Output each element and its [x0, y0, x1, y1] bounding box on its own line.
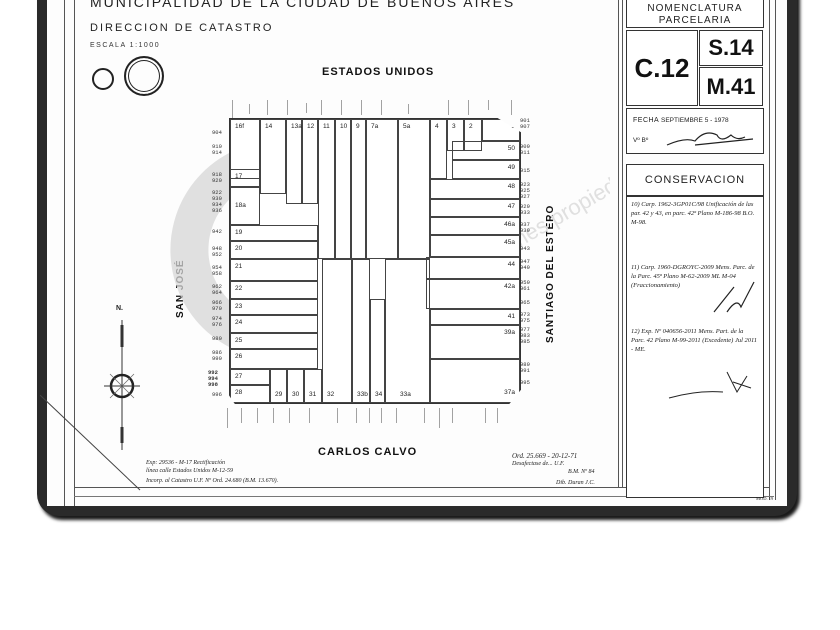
entry-id: 10): [631, 201, 640, 208]
lot-number: 11: [323, 123, 330, 130]
lot-number: 44: [508, 261, 515, 268]
lot[interactable]: 21: [230, 259, 318, 281]
conservacion-entry: 10) Carp. 1962-3GP01C/98 Unificación de …: [631, 200, 759, 227]
lot[interactable]: 5a: [398, 119, 430, 259]
lot-number: 30: [292, 391, 299, 398]
door-number: 977 983 985: [520, 327, 532, 345]
fecha-label: FECHA: [633, 117, 659, 124]
lot[interactable]: 42a: [426, 279, 520, 309]
lot[interactable]: 39a: [430, 325, 520, 359]
signature-icon: [665, 127, 755, 149]
lot[interactable]: 13a: [286, 119, 302, 204]
lot[interactable]: 24: [230, 315, 318, 333]
lot-number: 2: [469, 123, 473, 130]
door-number: 915: [520, 168, 530, 174]
lot-number: 32: [327, 391, 334, 398]
lot-number: 13a: [291, 123, 302, 130]
stamp-circle-large: [124, 56, 164, 96]
lot[interactable]: 26: [230, 349, 318, 369]
lot-number: 33b: [357, 391, 368, 398]
lot-number: 9: [356, 123, 360, 130]
department-title: DIRECCION DE CATASTRO: [90, 22, 273, 34]
street-east: SANTIAGO DEL ESTERO: [545, 205, 556, 343]
lot[interactable]: 20: [230, 241, 318, 259]
door-number: 995: [520, 380, 530, 386]
seccion-box: S.14: [699, 30, 763, 66]
panel-divider: [622, 0, 623, 488]
lot[interactable]: 48: [430, 179, 520, 199]
fecha-value: SEPTIEMBRE 5 - 1978: [661, 117, 729, 124]
lot-number: 18a: [235, 202, 246, 209]
entry-text: Carp. 1962-3GP01C/98 Unificación de las …: [631, 201, 754, 226]
lot[interactable]: 34: [370, 299, 385, 403]
right-note-line1: Ord. 25.669 - 20-12-71: [512, 452, 577, 460]
nomenclatura-title: NOMENCLATURA PARCELARIA: [627, 0, 763, 27]
lot[interactable]: 17: [230, 169, 260, 187]
door-number: 943: [520, 246, 530, 252]
lot[interactable]: 18a: [230, 187, 260, 225]
lot-number: 25: [235, 337, 242, 344]
lot[interactable]: 14: [260, 119, 286, 194]
lot[interactable]: 10: [335, 119, 351, 259]
lot[interactable]: 30: [287, 369, 304, 403]
lot-number: 3: [452, 123, 456, 130]
conservacion-entry: 12) Exp. Nº 040656-2011 Mens. Part. de l…: [631, 327, 759, 354]
right-note-line3: B.M. Nº 84: [568, 469, 595, 475]
circunscripcion-box: C.12: [626, 30, 698, 106]
lot[interactable]: 45a: [430, 235, 520, 257]
lot[interactable]: 23: [230, 299, 318, 315]
lot[interactable]: 12: [302, 119, 318, 204]
lot-number: 20: [235, 245, 242, 252]
conservacion-title-box: CONSERVACION: [626, 164, 764, 196]
lot-number: 19: [235, 229, 242, 236]
lot-number: 10: [340, 123, 347, 130]
left-note-line2: línea calle Estados Unidos M-12-59: [146, 468, 233, 474]
door-number: 904: [212, 130, 222, 136]
lot-number: 50: [508, 145, 515, 152]
signature-icon: [667, 362, 757, 402]
right-note-line4: Dib. Duran J.C.: [556, 480, 595, 486]
lot[interactable]: 7a: [366, 119, 398, 259]
lot-number: 28: [235, 389, 242, 396]
entry-id: 12): [631, 328, 640, 335]
door-number: 989 991: [520, 362, 532, 374]
lot[interactable]: 11: [318, 119, 335, 259]
border-line: [769, 0, 770, 500]
lot-number: 14: [265, 123, 272, 130]
door-number: 974 976: [212, 316, 224, 328]
lot[interactable]: 28: [230, 385, 270, 403]
lot-number: 27: [235, 373, 242, 380]
door-number: 966 970: [212, 300, 224, 312]
signature-icon: [709, 277, 759, 317]
lot[interactable]: 41: [430, 309, 520, 325]
lot-number: 41: [508, 313, 515, 320]
lot-number: 22: [235, 285, 242, 292]
door-number: 918 920: [212, 172, 224, 184]
door-number: 948 952: [212, 246, 224, 258]
lot-number: 34: [375, 391, 382, 398]
lot-number: 23: [235, 303, 242, 310]
entry-id: 11): [631, 264, 639, 271]
lot-number: 31: [309, 391, 316, 398]
manzana-value: M.41: [700, 68, 762, 105]
lot-number: 46a: [504, 221, 515, 228]
margin-diagonal-line: [40, 395, 150, 495]
lot[interactable]: 4: [430, 119, 447, 179]
lot-number: 26: [235, 353, 242, 360]
lot-number: 48: [508, 183, 515, 190]
door-number: 996: [212, 392, 222, 398]
lot-number: 16f: [235, 123, 244, 130]
scale-label: ESCALA 1:1000: [90, 42, 160, 49]
lot[interactable]: 27: [230, 369, 270, 385]
lot[interactable]: 25: [230, 333, 318, 349]
lot-number: 4: [435, 123, 439, 130]
lot-number: 21: [235, 263, 242, 270]
lot[interactable]: 49: [452, 160, 520, 179]
door-number: 959 961: [520, 280, 532, 292]
door-number: 954 958: [212, 265, 224, 277]
door-number: 909 911: [520, 144, 532, 156]
municipality-title: MUNICIPALIDAD DE LA CIUDAD DE BUENOS AIR…: [90, 0, 515, 10]
lot[interactable]: 44: [426, 257, 520, 279]
lot[interactable]: 47: [430, 199, 520, 217]
circunscripcion-value: C.12: [627, 31, 697, 105]
lot-number: 37a: [504, 389, 515, 396]
seccion-value: S.14: [700, 31, 762, 65]
lot[interactable]: 33b: [352, 259, 370, 403]
door-number: 910 914: [212, 144, 224, 156]
street-west: SAN JOSÉ: [175, 259, 186, 318]
nomenclatura-title-line2: PARCELARIA: [627, 15, 763, 27]
left-note-line3: Incorp. al Catastro U.F. Nº Ord. 24.680 …: [146, 478, 278, 484]
door-number: 922 930 934 936: [212, 190, 224, 214]
lot-number: 47: [508, 203, 515, 210]
door-number: 923 925 927: [520, 182, 532, 200]
door-number: 980: [212, 336, 222, 342]
lot-number: 39a: [504, 329, 515, 336]
lot-number: 17: [235, 173, 242, 180]
lot[interactable]: 32: [322, 259, 352, 403]
door-number: 937 939: [520, 222, 532, 234]
stamp-circle-small: [92, 68, 114, 90]
border-line: [775, 0, 776, 500]
street-north: ESTADOS UNIDOS: [322, 66, 434, 78]
nomenclatura-title-line1: NOMENCLATURA: [627, 3, 763, 15]
manzana-box: M.41: [699, 67, 763, 106]
door-number: 986 990: [212, 350, 224, 362]
door-number: 962 964: [212, 284, 224, 296]
door-number: 929 933: [520, 204, 532, 216]
lot-number: 7a: [371, 123, 378, 130]
lot-number: 49: [508, 164, 515, 171]
fecha-box: FECHA SEPTIEMBRE 5 - 1978 Vº Bº: [626, 108, 764, 154]
compass-north-label: N.: [116, 305, 123, 312]
door-number: 942: [212, 229, 222, 235]
nomenclatura-title-box: NOMENCLATURA PARCELARIA: [626, 0, 764, 28]
lot-number: 24: [235, 319, 242, 326]
lot-number: 42a: [504, 283, 515, 290]
lot[interactable]: 19: [230, 225, 318, 241]
lot[interactable]: 31: [304, 369, 322, 403]
lot[interactable]: 29: [270, 369, 287, 403]
lot[interactable]: 37a: [430, 359, 520, 403]
door-number: 901 907: [520, 118, 532, 130]
entry-text: Exp. Nº 040656-2011 Mens. Part. de la Pa…: [631, 328, 757, 353]
lot-number: 33a: [400, 391, 411, 398]
lot-number: 45a: [504, 239, 515, 246]
conservacion-title: CONSERVACION: [627, 165, 763, 195]
street-south: CARLOS CALVO: [318, 446, 417, 458]
right-note-line2: Desafectase de... U.F.: [512, 461, 564, 467]
lot[interactable]: 46a: [430, 217, 520, 235]
lot-number: 5a: [403, 123, 410, 130]
left-note-line1: Exp: 29536 - M-17 Rectificación: [146, 460, 225, 466]
door-number: 973 975: [520, 312, 532, 324]
form-code: MOD. 19: [756, 496, 773, 501]
lot-number: 12: [307, 123, 314, 130]
lot[interactable]: 22: [230, 281, 318, 299]
panel-divider: [618, 0, 619, 488]
door-number: 947 949: [520, 259, 532, 271]
lot[interactable]: 9: [351, 119, 366, 259]
vb-label: Vº Bº: [633, 137, 648, 144]
conservacion-entries-box: 10) Carp. 1962-3GP01C/98 Unificación de …: [626, 196, 764, 498]
lot-number: 29: [275, 391, 282, 398]
manzana-block: 16f 14 13a 12 11 10 9 7a 5a 4 3 2 1 50 4…: [229, 118, 521, 404]
lot[interactable]: 50: [452, 141, 520, 160]
lot[interactable]: 33a: [385, 259, 430, 403]
door-number: 992 994 998: [208, 370, 222, 388]
door-number: 965: [520, 300, 530, 306]
